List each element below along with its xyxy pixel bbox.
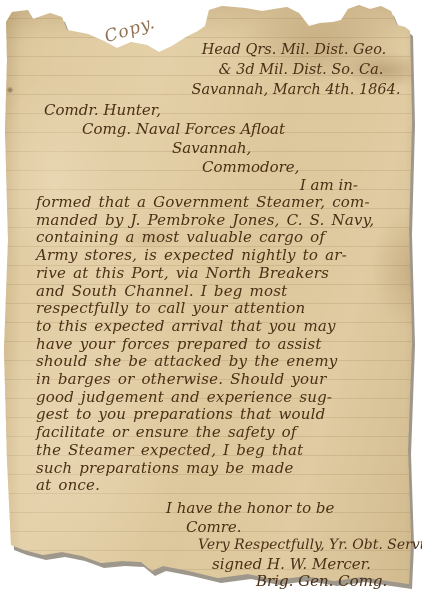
body-line: should she be attacked by the enemy: [36, 353, 400, 371]
valediction-honor-line: I have the honor to be: [166, 499, 334, 517]
body-line: gest to you preparations that would: [36, 406, 400, 424]
body-line: good judgement and experience sug-: [36, 389, 400, 407]
body-line: to this expected arrival that you may: [36, 318, 400, 336]
body-line: respectfully to call your attention: [36, 300, 400, 318]
body-line: such preparations may be made: [36, 460, 400, 478]
body-line: at once.: [36, 477, 400, 495]
letterhead-dateline: Savannah, March 4th. 1864.: [190, 80, 402, 100]
salutation: Comdr. Hunter, Comg. Naval Forces Afloat…: [44, 101, 299, 177]
body-line: facilitate or ensure the safety of: [36, 424, 400, 442]
letter-body: formed that a Government Steamer, com- m…: [36, 194, 400, 495]
scanned-letter: Copy. Head Qrs. Mil. Dist. Geo. & 3d Mil…: [0, 0, 422, 599]
letterhead-line: & 3d Mil. Dist. So. Ca.: [200, 60, 402, 80]
body-line: the Steamer expected, I beg that: [36, 442, 400, 460]
salutation-commodore: Commodore,: [202, 158, 299, 177]
recipient-command: Comg. Naval Forces Afloat: [82, 120, 299, 139]
body-line: rive at this Port, via North Breakers: [36, 265, 400, 283]
signer-rank-line: Brig. Gen. Comg.: [256, 572, 387, 590]
body-line: Army stores, is expected nightly to ar-: [36, 247, 400, 265]
valediction-comre-line: Comre.: [186, 518, 242, 536]
recipient-name: Comdr. Hunter,: [44, 101, 299, 120]
letterhead-line: Head Qrs. Mil. Dist. Geo.: [186, 40, 402, 60]
body-line: have your forces prepared to assist: [36, 336, 400, 354]
signature-line: signed H. W. Mercer.: [212, 555, 371, 573]
letterhead: Head Qrs. Mil. Dist. Geo. & 3d Mil. Dist…: [186, 40, 402, 100]
valediction-respectfully-line: Very Respectfully, Yr. Obt. Servt.: [198, 537, 422, 553]
body-opening-line: I am in-: [36, 176, 358, 194]
body-line: in barges or otherwise. Should your: [36, 371, 400, 389]
recipient-location: Savannah,: [172, 139, 299, 158]
body-line: and South Channel. I beg most: [36, 283, 400, 301]
body-line: containing a most valuable cargo of: [36, 229, 400, 247]
body-line: manded by J. Pembroke Jones, C. S. Navy,: [36, 212, 400, 230]
body-line: formed that a Government Steamer, com-: [36, 194, 400, 212]
copy-annotation: Copy.: [102, 13, 157, 47]
